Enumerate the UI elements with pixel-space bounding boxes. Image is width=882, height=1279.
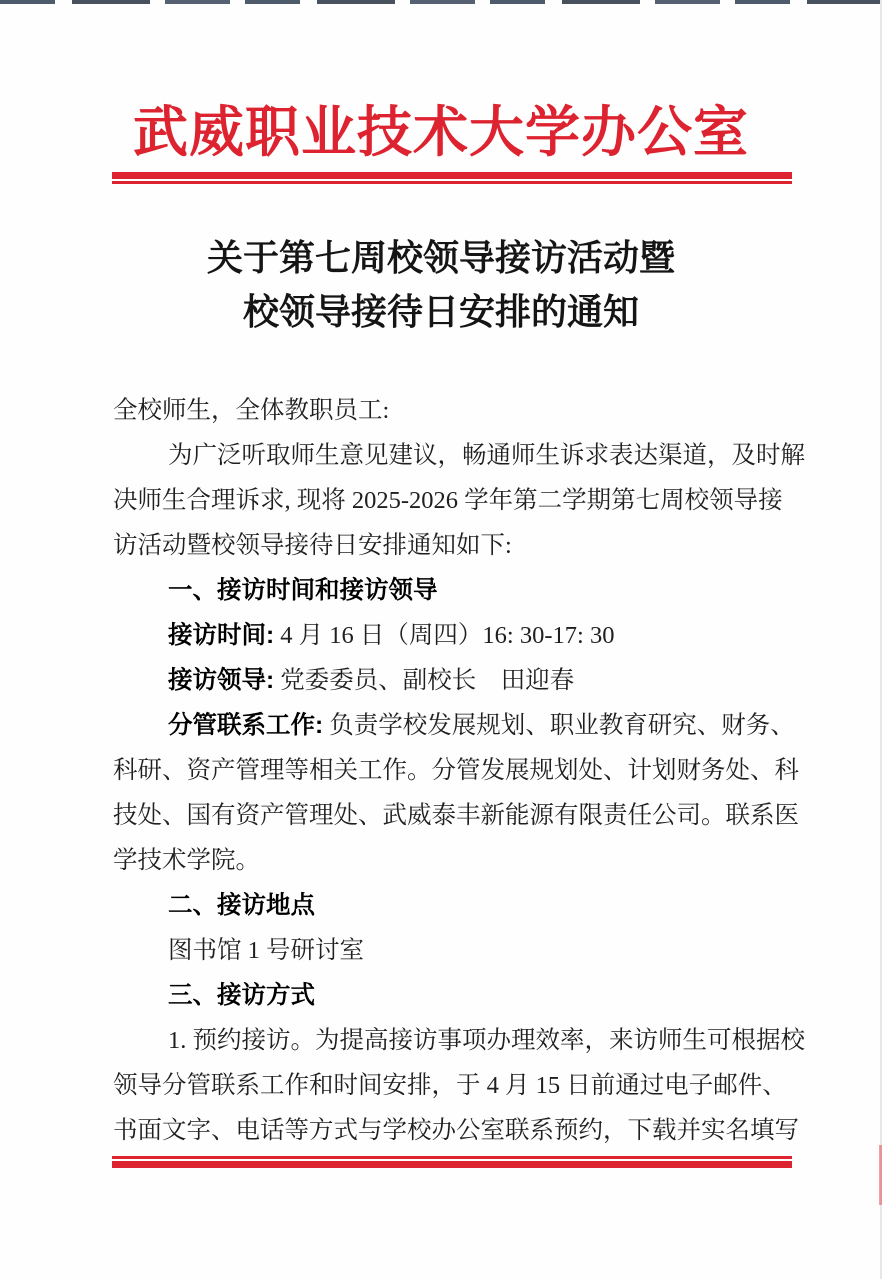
footer-divider-rule — [112, 1156, 792, 1168]
body-line: 分管联系工作: 负责学校发展规划、职业教育研究、财务、 — [113, 703, 803, 748]
scanned-notice-page: 武威职业技术大学办公室 关于第七周校领导接访活动暨 校领导接待日安排的通知 全校… — [0, 0, 882, 1279]
document-title: 关于第七周校领导接访活动暨 校领导接待日安排的通知 — [0, 231, 882, 339]
document-title-line2: 校领导接待日安排的通知 — [0, 285, 882, 339]
body-line: 图书馆 1 号研讨室 — [113, 928, 803, 973]
section-heading: 三、接访方式 — [113, 973, 803, 1018]
body-line: 科研、资产管理等相关工作。分管发展规划处、计划财务处、科 — [113, 748, 803, 793]
field-label: 接访领导: — [168, 667, 274, 694]
letterhead-divider-rule — [112, 172, 792, 184]
body-line: 为广泛听取师生意见建议，畅通师生诉求表达渠道，及时解 — [113, 433, 803, 478]
body-line: 接访时间: 4 月 16 日（周四）16: 30-17: 30 — [113, 613, 803, 658]
body-line: 技处、国有资产管理处、武威泰丰新能源有限责任公司。联系医 — [113, 793, 803, 838]
scan-edge-artifact-top — [0, 0, 882, 4]
body-line: 访活动暨校领导接待日安排通知如下: — [113, 523, 803, 568]
body-line: 接访领导: 党委委员、副校长 田迎春 — [113, 658, 803, 703]
body-line: 决师生合理诉求, 现将 2025-2026 学年第二学期第七周校领导接 — [113, 478, 803, 523]
body-line: 书面文字、电话等方式与学校办公室联系预约，下载并实名填写 — [113, 1108, 803, 1153]
field-label: 分管联系工作: — [168, 712, 323, 739]
field-label: 接访时间: — [168, 622, 274, 649]
section-heading: 二、接访地点 — [113, 883, 803, 928]
body-line: 全校师生，全体教职员工: — [113, 388, 803, 433]
body-line: 领导分管联系工作和时间安排，于 4 月 15 日前通过电子邮件、 — [113, 1063, 803, 1108]
body-line: 1. 预约接访。为提高接访事项办理效率，来访师生可根据校 — [113, 1018, 803, 1063]
document-body: 全校师生，全体教职员工:为广泛听取师生意见建议，畅通师生诉求表达渠道，及时解决师… — [113, 388, 803, 1153]
document-title-line1: 关于第七周校领导接访活动暨 — [0, 231, 882, 285]
letterhead-office-name: 武威职业技术大学办公室 — [0, 103, 882, 163]
body-line: 学技术学院。 — [113, 838, 803, 883]
section-heading: 一、接访时间和接访领导 — [113, 568, 803, 613]
